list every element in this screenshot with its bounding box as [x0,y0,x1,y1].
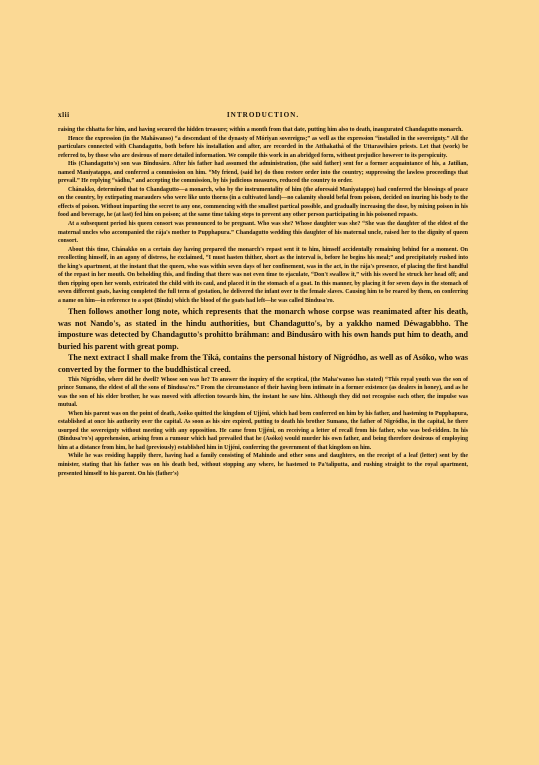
paragraph: His (Chandagutto's) son was Bindusáro. A… [58,160,468,186]
page-header: xlii INTRODUCTION. [58,111,468,123]
paragraph: When his parent was on the point of deat… [58,410,468,453]
author-commentary: Then follows another long note, which re… [58,306,468,376]
paragraph: Hence the expression (in the Mahâwanso) … [58,135,468,161]
excerpt-tika-chandagutto: raising the chhatta for him, and having … [58,126,468,305]
running-title: INTRODUCTION. [58,111,468,119]
excerpt-tika-nigrodho: This Nigródho, where did he dwell? Whose… [58,376,468,479]
paragraph: The next extract I shall make from the T… [58,352,468,375]
paragraph: Chánakko, determined that to Chandagutto… [58,186,468,220]
paragraph: raising the chhatta for him, and having … [58,126,468,135]
paragraph: This Nigródho, where did he dwell? Whose… [58,376,468,410]
paragraph: While he was residing happily there, hav… [58,452,468,478]
paragraph: About this time, Chánakko on a certain d… [58,246,468,306]
paragraph: At a subsequent period his queen consort… [58,220,468,246]
paragraph: Then follows another long note, which re… [58,306,468,352]
book-page: xlii INTRODUCTION. raising the chhatta f… [58,111,468,478]
